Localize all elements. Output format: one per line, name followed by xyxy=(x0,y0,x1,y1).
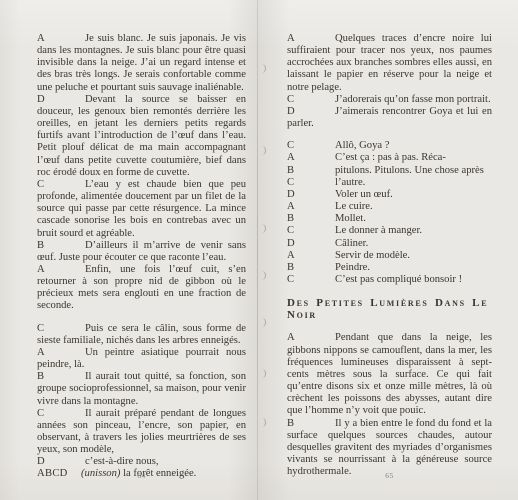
dialogue-paragraph: DJ’aimerais rencontrer Goya et lui en pa… xyxy=(287,106,492,130)
speaker-label: C xyxy=(287,225,335,237)
dialogue-text: C’est ça : pas à pas. Réca- xyxy=(335,152,446,163)
dialogue-paragraph: CLe donner à manger. xyxy=(287,225,492,237)
dialogue-paragraph: CC’est pas compliqué bonsoir ! xyxy=(287,274,492,286)
speaker-label: B xyxy=(287,165,335,177)
book-spread: AJe suis blanc. Je suis japonais. Je vis… xyxy=(0,0,518,500)
speaker-label: B xyxy=(37,240,85,252)
stitch-mark xyxy=(260,271,266,280)
speaker-label: C xyxy=(287,177,335,189)
dialogue-group: AJe suis blanc. Je suis japonais. Je vis… xyxy=(37,33,246,313)
dialogue-text: Le donner à manger. xyxy=(335,225,422,236)
dialogue-text: Pendant que dans la neige, les gibbons n… xyxy=(287,332,492,416)
dialogue-text: Câliner. xyxy=(335,238,368,249)
speaker-label: B xyxy=(37,371,85,383)
section-heading: Des Petites Lumières Dans Le Noir xyxy=(287,297,492,321)
right-page: AQuelques traces d’encre noire lui suffi… xyxy=(287,33,492,478)
dialogue-text: J’adorerais qu’on fasse mon portrait. xyxy=(335,94,491,105)
dialogue-group: CAllô, Goya ? AC’est ça : pas à pas. Réc… xyxy=(287,140,492,286)
speaker-label: B xyxy=(287,418,335,430)
dialogue-text: C’est pas compliqué bonsoir ! xyxy=(335,274,462,285)
speaker-label: B xyxy=(287,262,335,274)
speaker-label: A xyxy=(37,347,85,359)
dialogue-paragraph: Cl’autre. xyxy=(287,177,492,189)
stitch-mark xyxy=(260,318,266,327)
dialogue-paragraph: Dc’est-à-dire nous, xyxy=(37,456,246,468)
speaker-label: C xyxy=(287,94,335,106)
dialogue-paragraph: CAllô, Goya ? xyxy=(287,140,492,152)
dialogue-text: pitulons. Pitulons. Une chose après xyxy=(335,165,484,176)
stitch-mark xyxy=(260,146,266,155)
dialogue-paragraph: CJ’adorerais qu’on fasse mon portrait. xyxy=(287,94,492,106)
dialogue-paragraph: DCâliner. xyxy=(287,238,492,250)
stitch-mark xyxy=(260,369,266,378)
speaker-label: C xyxy=(287,140,335,152)
dialogue-text: c’est-à-dire nous, xyxy=(85,456,159,467)
dialogue-paragraph: BIl aurait tout quitté, sa fonction, son… xyxy=(37,371,246,407)
speaker-label: D xyxy=(287,106,335,118)
dialogue-text: Devant la source se baisser en douceur, … xyxy=(37,94,246,178)
page-number-left: 64 xyxy=(37,471,246,480)
speaker-label: A xyxy=(37,264,85,276)
speaker-label: D xyxy=(37,94,85,106)
dialogue-paragraph: AC’est ça : pas à pas. Réca- xyxy=(287,152,492,164)
dialogue-paragraph: AUn peintre asiatique pourrait nous pein… xyxy=(37,347,246,371)
speaker-label: C xyxy=(37,408,85,420)
dialogue-text: l’autre. xyxy=(335,177,365,188)
left-page: AJe suis blanc. Je suis japonais. Je vis… xyxy=(37,33,246,481)
speaker-label: D xyxy=(287,238,335,250)
stitch-mark xyxy=(260,224,266,233)
speaker-label: A xyxy=(37,33,85,45)
book-gutter xyxy=(257,0,258,500)
dialogue-text: Mollet. xyxy=(335,213,366,224)
dialogue-paragraph: ALe cuire. xyxy=(287,201,492,213)
dialogue-paragraph: DDevant la source se baisser en douceur,… xyxy=(37,94,246,179)
dialogue-text: Servir de modèle. xyxy=(335,250,410,261)
speaker-label: C xyxy=(37,323,85,335)
dialogue-group: AQuelques traces d’encre noire lui suffi… xyxy=(287,33,492,130)
speaker-label: A xyxy=(287,201,335,213)
speaker-label: B xyxy=(287,213,335,225)
dialogue-paragraph: CPuis ce sera le câlin, sous forme de si… xyxy=(37,323,246,347)
page-number-right: 65 xyxy=(287,471,492,480)
dialogue-paragraph: BMollet. xyxy=(287,213,492,225)
speaker-label: D xyxy=(37,456,85,468)
dialogue-paragraph: CIl aurait préparé pendant de longues an… xyxy=(37,408,246,457)
dialogue-group: APendant que dans la neige, les gibbons … xyxy=(287,332,492,478)
dialogue-paragraph: APendant que dans la neige, les gibbons … xyxy=(287,332,492,417)
speaker-label: C xyxy=(37,179,85,191)
dialogue-group: CPuis ce sera le câlin, sous forme de si… xyxy=(37,323,246,481)
dialogue-paragraph: Bpitulons. Pitulons. Une chose après xyxy=(287,165,492,177)
dialogue-text: Le cuire. xyxy=(335,201,373,212)
dialogue-text: Allô, Goya ? xyxy=(335,140,389,151)
dialogue-paragraph: CL’eau y est chaude bien que peu profond… xyxy=(37,179,246,240)
speaker-label: C xyxy=(287,274,335,286)
dialogue-paragraph: AServir de modèle. xyxy=(287,250,492,262)
stitch-mark xyxy=(260,64,266,73)
dialogue-paragraph: BIl y a bien entre le fond du fond et la… xyxy=(287,418,492,479)
dialogue-paragraph: BPeindre. xyxy=(287,262,492,274)
dialogue-paragraph: DVoler un œuf. xyxy=(287,189,492,201)
speaker-label: A xyxy=(287,332,335,344)
dialogue-text: Voler un œuf. xyxy=(335,189,393,200)
dialogue-text: Peindre. xyxy=(335,262,370,273)
speaker-label: A xyxy=(287,33,335,45)
stitch-mark xyxy=(260,418,266,427)
dialogue-paragraph: AJe suis blanc. Je suis japonais. Je vis… xyxy=(37,33,246,94)
dialogue-paragraph: AEnfin, une fois l’œuf cuit, s’en retour… xyxy=(37,264,246,313)
speaker-label: D xyxy=(287,189,335,201)
dialogue-paragraph: AQuelques traces d’encre noire lui suffi… xyxy=(287,33,492,94)
dialogue-paragraph: BD’ailleurs il m’arrive de venir sans œu… xyxy=(37,240,246,264)
speaker-label: A xyxy=(287,152,335,164)
speaker-label: A xyxy=(287,250,335,262)
